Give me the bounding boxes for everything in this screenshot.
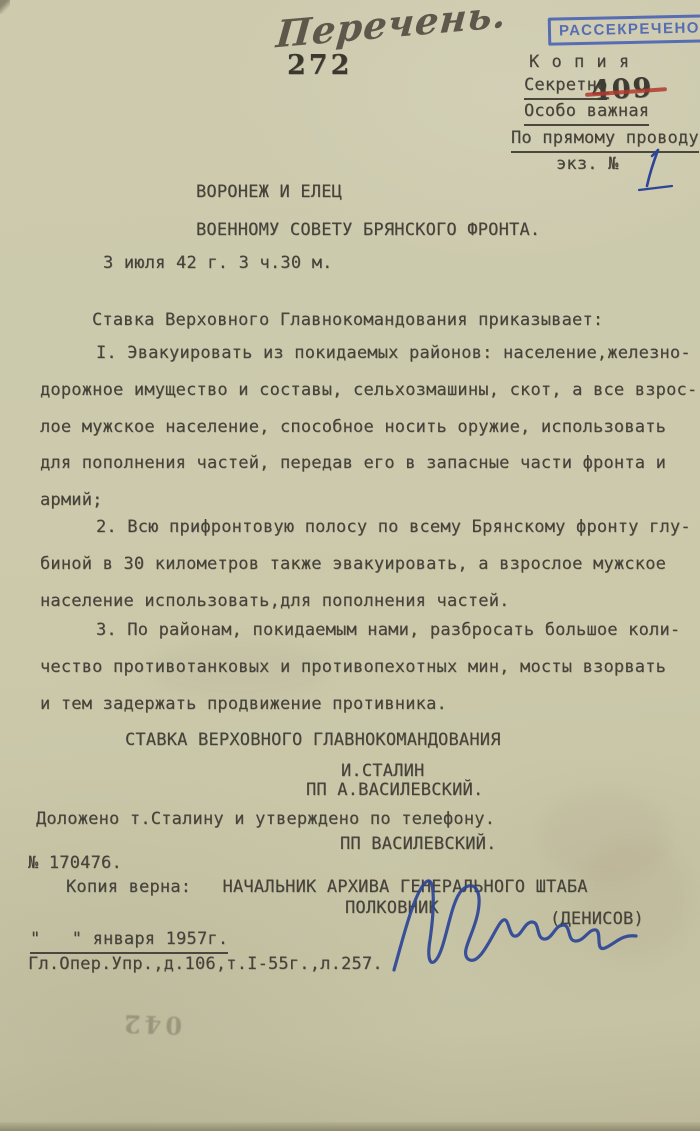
doc-line: 2. Всю прифронтовую полосу по всему Брян… xyxy=(96,516,691,539)
faint-number: 042 xyxy=(120,1009,183,1040)
handwritten-note: Перечень. xyxy=(274,0,508,56)
copy-label: К о п и я xyxy=(529,51,630,74)
doc-line: Ставка Верховного Главнокомандования при… xyxy=(92,309,603,332)
doc-line: население использовать,для пополнения ча… xyxy=(40,590,510,613)
doc-line: биной в 30 километров также эвакуировать… xyxy=(40,553,666,576)
signature xyxy=(388,872,658,982)
doc-line: лое мужское население, способное носить … xyxy=(40,416,666,439)
doc-line: ВОЕННОМУ СОВЕТУ БРЯНСКОГО ФРОНТА. xyxy=(196,219,540,242)
corner-shadow xyxy=(0,0,10,14)
doc-line: ВОРОНЕЖ И ЕЛЕЦ xyxy=(196,181,342,204)
paper-stain xyxy=(540,790,670,880)
declassified-stamp: РАССЕКРЕЧЕНО xyxy=(548,14,700,45)
doc-line: армий; xyxy=(40,489,103,512)
doc-line: " " января 1957г. xyxy=(30,928,228,954)
page-number: 272 xyxy=(287,50,352,81)
doc-line: СТАВКА ВЕРХОВНОГО ГЛАВНОКОМАНДОВАНИЯ xyxy=(125,729,501,752)
doc-line: ПП ВАСИЛЕВСКИЙ. xyxy=(340,833,497,856)
doc-line: № 170476. xyxy=(28,852,122,875)
doc-line: дорожное имущество и составы, сельхозмаш… xyxy=(40,379,697,402)
doc-line: Гл.Опер.Упр.,д.106,т.I-55г.,л.257. xyxy=(28,953,383,976)
doc-line: Доложено т.Сталину и утверждено по телеф… xyxy=(36,808,495,831)
doc-line: I. Эвакуировать из покидаемых районов: н… xyxy=(96,342,691,365)
doc-line: 3 июля 42 г. 3 ч.30 м. xyxy=(103,252,333,275)
doc-line: и тем задержать продвижение противника. xyxy=(40,693,447,716)
special-importance-label: Особо важная xyxy=(524,100,649,126)
doc-line: для пополнения частей, передав его в зап… xyxy=(40,452,666,475)
copy-number-handwritten xyxy=(638,146,678,196)
doc-line: 3. По районам, покидаемым нами, разброса… xyxy=(96,619,680,642)
doc-line: чество противотанковых и противопехотных… xyxy=(40,656,666,679)
doc-line: ПП А.ВАСИЛЕВСКИЙ. xyxy=(306,779,483,802)
copy-number-label: экз. № xyxy=(556,153,619,176)
document-page: Перечень. 272 РАССЕКРЕЧЕНО К о п и я Сек… xyxy=(0,0,700,1131)
